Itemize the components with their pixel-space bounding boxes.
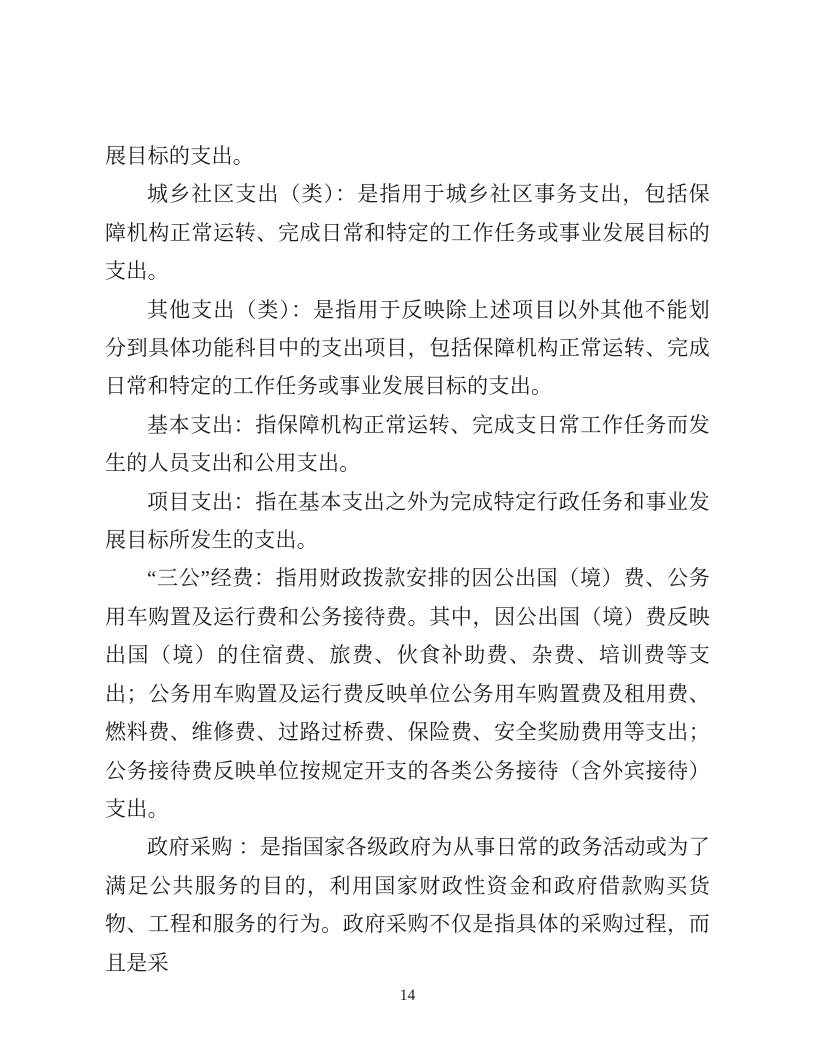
body-paragraph-continuation: 展目标的支出。 — [105, 137, 710, 175]
body-paragraph-project-expenditure: 项目支出：指在基本支出之外为完成特定行政任务和事业发展目标所发生的支出。 — [105, 483, 710, 560]
document-body: 展目标的支出。 城乡社区支出（类）：是指用于城乡社区事务支出，包括保障机构正常运… — [105, 137, 710, 982]
body-paragraph-urban-rural-community-expenditure: 城乡社区支出（类）：是指用于城乡社区事务支出，包括保障机构正常运转、完成日常和特… — [105, 175, 710, 290]
body-paragraph-three-public-funds: “三公”经费：指用财政拨款安排的因公出国（境）费、公务用车购置及运行费和公务接待… — [105, 559, 710, 828]
body-paragraph-other-expenditure: 其他支出（类）：是指用于反映除上述项目以外其他不能划分到具体功能科目中的支出项目… — [105, 291, 710, 406]
body-paragraph-government-procurement: 政府采购 ：是指国家各级政府为从事日常的政务活动或为了满足公共服务的目的，利用国… — [105, 828, 710, 982]
page-number: 14 — [105, 987, 710, 1005]
body-paragraph-basic-expenditure: 基本支出：指保障机构正常运转、完成支日常工作任务而发生的人员支出和公用支出。 — [105, 406, 710, 483]
document-page: 展目标的支出。 城乡社区支出（类）：是指用于城乡社区事务支出，包括保障机构正常运… — [0, 0, 815, 1055]
